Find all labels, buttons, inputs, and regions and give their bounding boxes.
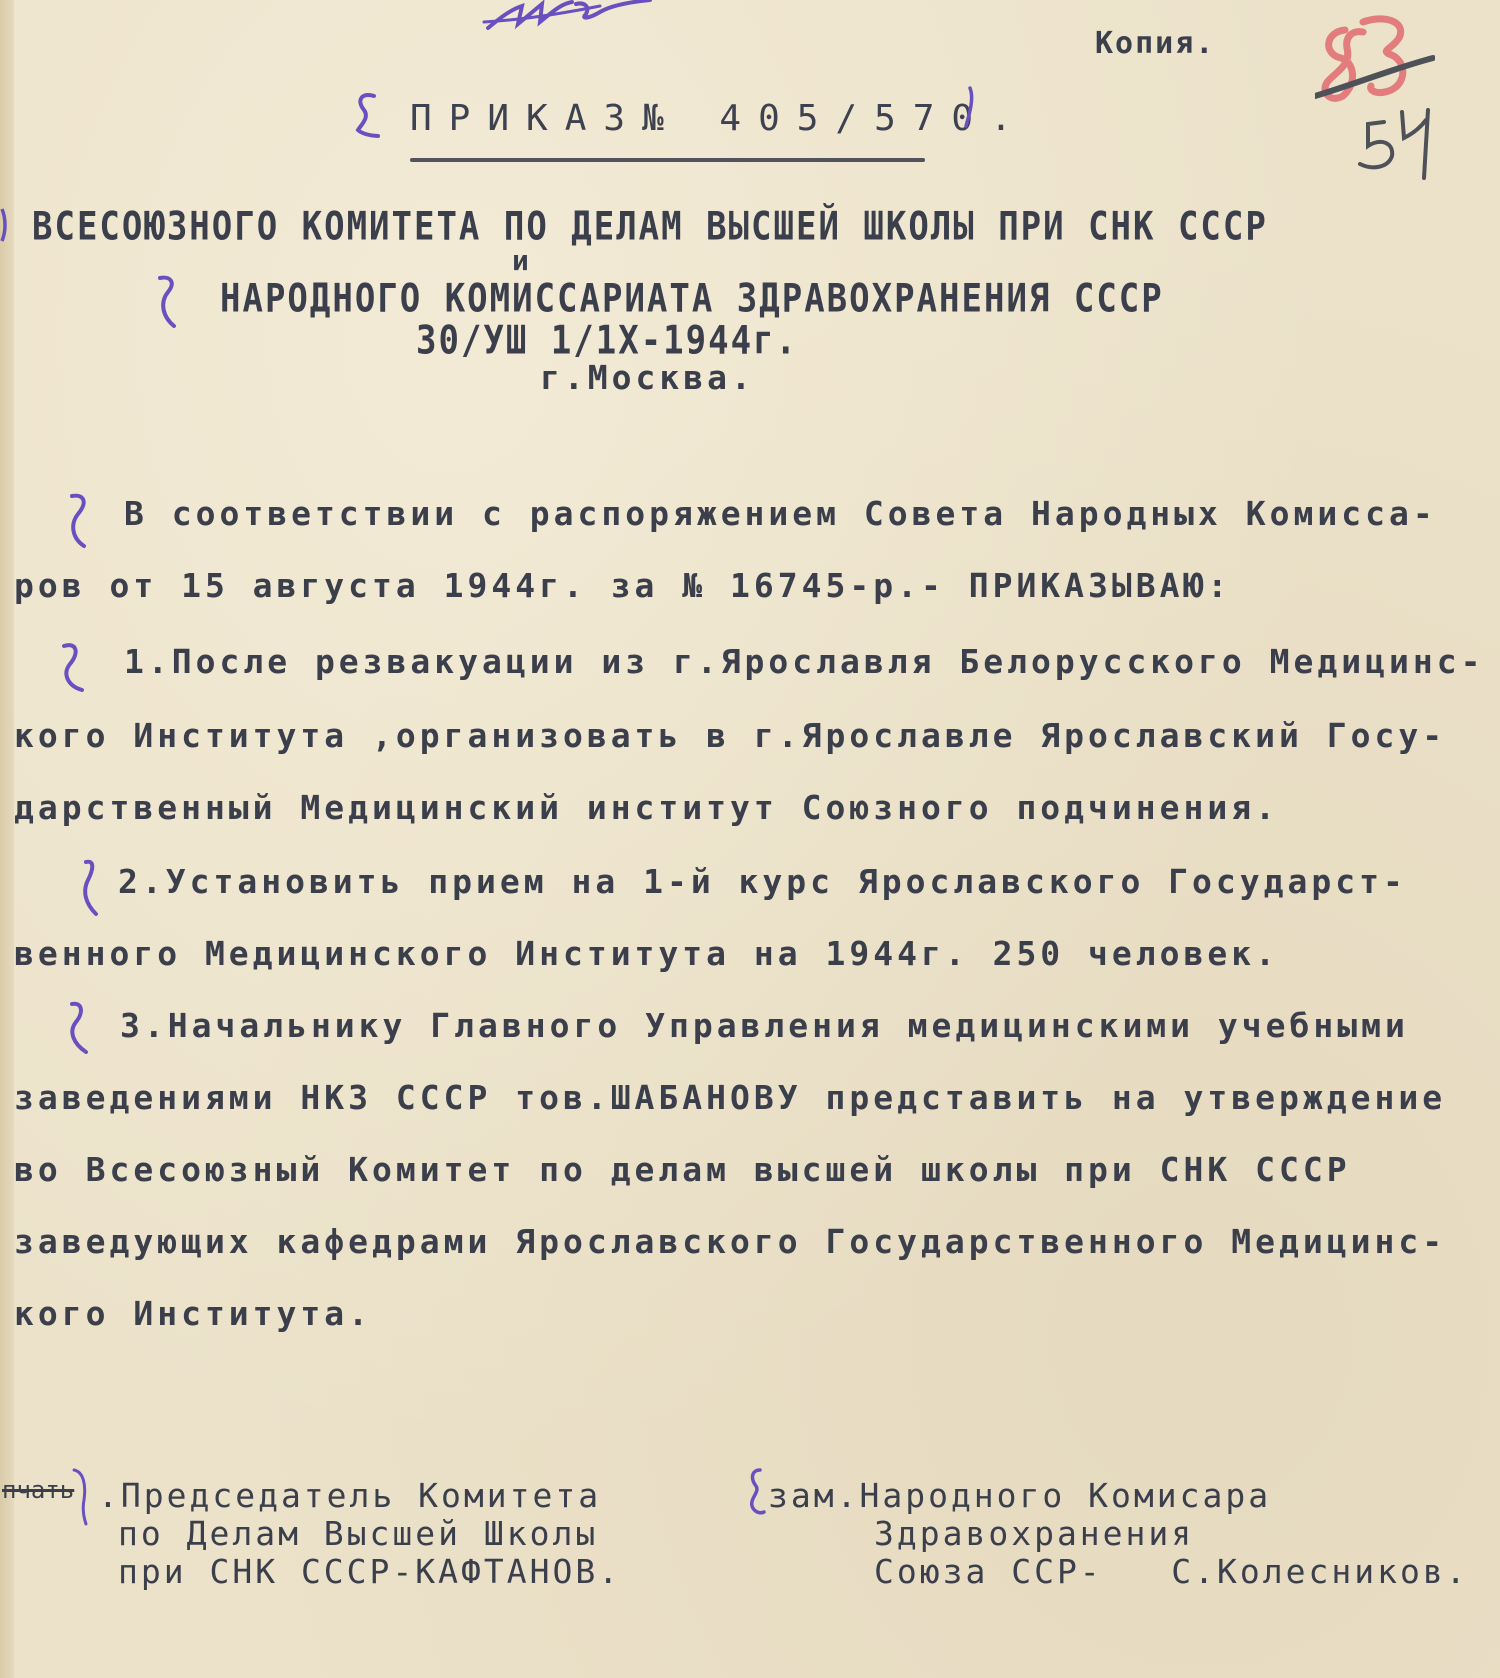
left-signature-line-3: при СНК СССР-КАФТАНОВ.: [118, 1552, 621, 1591]
purple-margin-mark: [0, 205, 10, 249]
item-3-line-5: кого Института.: [14, 1294, 372, 1333]
folio-number-new: [1358, 108, 1438, 187]
item-3-line-2: заведениями НКЗ СССР тов.ШАБАНОВУ предст…: [14, 1078, 1446, 1117]
preamble-line-2: ров от 15 августа 1944г. за № 16745-р.- …: [14, 566, 1231, 605]
copy-label: Копия.: [1095, 26, 1215, 61]
issuer-line-1: ВСЕСОЮЗНОГО КОМИТЕТА ПО ДЕЛАМ ВЫСШЕЙ ШКО…: [32, 204, 1268, 250]
item-3-line-1: 3.Начальнику Главного Управления медицин…: [120, 1006, 1409, 1045]
left-signature-line-2: по Делам Высшей Школы: [118, 1514, 598, 1553]
purple-margin-mark: [80, 858, 100, 922]
right-signature-line-1: зам.Народного Комисара: [768, 1476, 1271, 1515]
document-page: Копия. 83 54 ПРИКАЗ№ 405/570. ВСЕСОЮЗНОГ…: [0, 0, 1500, 1678]
left-signature-line-1: .Председатель Комитета: [98, 1476, 601, 1515]
item-1-line-2: кого Института ,организовать в г.Ярослав…: [14, 716, 1446, 755]
purple-margin-mark: [64, 492, 94, 556]
right-signature-line-3: Союза ССР- С.Колесников.: [874, 1552, 1469, 1591]
item-2-line-2: венного Медицинского Института на 1944г.…: [14, 934, 1279, 973]
right-signature-line-2: Здравохранения: [874, 1514, 1194, 1553]
title-underline: [410, 158, 925, 162]
purple-margin-mark: [64, 1000, 94, 1064]
order-place: г.Москва.: [540, 358, 755, 397]
purple-margin-mark: [746, 1466, 770, 1520]
issuer-line-2: НАРОДНОГО КОМИССАРИАТА ЗДРАВОХРАНЕНИЯ СС…: [220, 276, 1164, 322]
issuer-conjunction: и: [512, 244, 533, 277]
item-1-line-3: дарственный Медицинский институт Союзног…: [14, 788, 1279, 827]
handwritten-annotation-top: [480, 0, 670, 36]
purple-margin-mark: [962, 84, 976, 134]
item-3-line-4: заведующих кафедрами Ярославского Госуда…: [14, 1222, 1446, 1261]
page-binding-edge: [0, 0, 14, 1678]
order-title: ПРИКАЗ№ 405/570.: [410, 98, 1029, 139]
purple-margin-mark: [70, 1466, 90, 1530]
item-3-line-3: во Всесоюзный Комитет по делам высшей шк…: [14, 1150, 1351, 1189]
purple-margin-mark: [352, 90, 382, 144]
folio-number-old: [1315, 14, 1435, 118]
item-1-line-1: 1.После резвакуации из г.Ярославля Белор…: [124, 642, 1484, 681]
struck-prefix: пчать: [2, 1476, 74, 1504]
preamble-line-1: В соответствии с распоряжением Совета На…: [124, 494, 1437, 533]
purple-margin-mark: [58, 640, 88, 704]
item-2-line-1: 2.Установить прием на 1-й курс Ярославск…: [118, 862, 1407, 901]
purple-margin-mark: [152, 272, 182, 336]
